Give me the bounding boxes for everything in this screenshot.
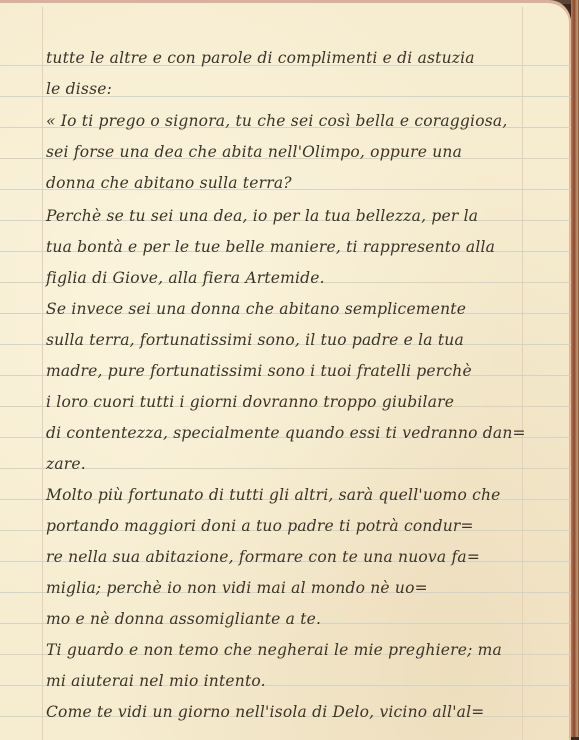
text-line: Molto più fortunato di tutti gli altri, … [46, 485, 501, 505]
text-line: mo e nè donna assomigliante a te. [46, 609, 321, 629]
text-line: miglia; perchè io non vidi mai al mondo … [46, 578, 428, 598]
text-line: Se invece sei una donna che abitano semp… [46, 299, 466, 319]
notebook-page: tutte le altre e con parole di complimen… [0, 0, 571, 737]
text-line: portando maggiori doni a tuo padre ti po… [46, 516, 474, 536]
text-line: figlia di Giove, alla fiera Artemide. [46, 268, 325, 288]
text-line: Come te vidi un giorno nell'isola di Del… [46, 702, 484, 722]
text-line: sulla terra, fortunatissimi sono, il tuo… [46, 330, 464, 350]
text-line: re nella sua abitazione, formare con te … [46, 547, 480, 567]
notebook-binding-edge [571, 0, 579, 737]
text-line: tutte le altre e con parole di complimen… [46, 48, 475, 68]
text-line: di contentezza, specialmente quando essi… [46, 423, 526, 443]
right-margin-line [522, 7, 523, 737]
text-line: madre, pure fortunatissimi sono i tuoi f… [46, 361, 472, 381]
text-line: zare. [46, 454, 86, 474]
text-line: Perchè se tu sei una dea, io per la tua … [46, 206, 478, 226]
text-line: i loro cuori tutti i giorni dovranno tro… [46, 392, 454, 412]
text-line: donna che abitano sulla terra? [46, 173, 292, 193]
text-line: mi aiuterai nel mio intento. [46, 671, 266, 691]
text-line: sei forse una dea che abita nell'Olimpo,… [46, 142, 462, 162]
text-line: « Io ti prego o signora, tu che sei così… [46, 111, 507, 131]
text-line: tua bontà e per le tue belle maniere, ti… [46, 237, 495, 257]
text-line: Ti guardo e non temo che negherai le mie… [46, 640, 502, 660]
text-line: le disse: [46, 79, 112, 99]
left-margin-line [42, 7, 43, 737]
